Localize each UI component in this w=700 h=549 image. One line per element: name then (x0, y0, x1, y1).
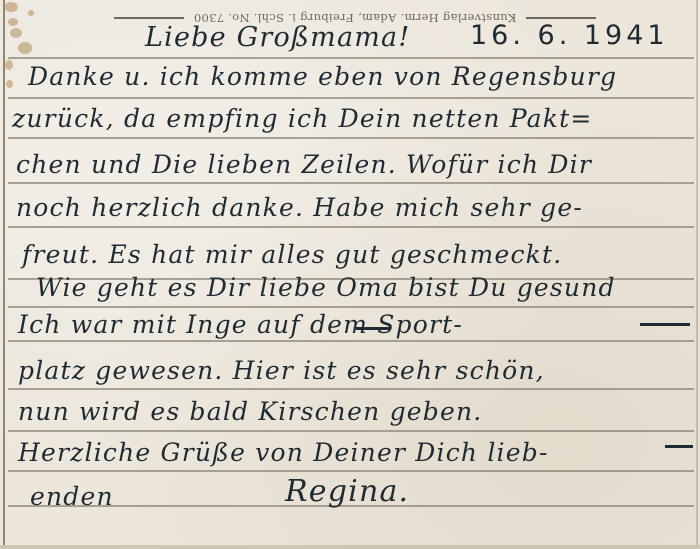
age-stain (10, 28, 22, 38)
letter-line: noch herzlich danke. Habe mich sehr ge- (16, 193, 583, 222)
card-left-edge (3, 0, 5, 549)
letter-line: Ich war mit Inge auf dem Sport- (18, 310, 463, 339)
ruling-line (8, 226, 694, 228)
ruling-line (8, 340, 694, 342)
letter-line: enden (30, 482, 114, 511)
strikethrough-mark (356, 327, 390, 330)
age-stain (28, 10, 34, 16)
letter-line: Danke u. ich komme eben von Regensburg (28, 62, 617, 91)
ruling-line (8, 137, 694, 139)
ruling-line (8, 182, 694, 184)
salutation: Liebe Großmama! (145, 22, 410, 53)
imprint-dash (526, 17, 596, 19)
imprint-dash (114, 17, 184, 19)
strikethrough-mark (640, 323, 690, 326)
letter-line: zurück, da empfing ich Dein netten Pakt= (12, 104, 593, 133)
ruling-line (8, 470, 694, 472)
signature: Regina. (285, 474, 409, 509)
ruling-line (8, 388, 694, 390)
card-right-edge (696, 0, 698, 549)
letter-line: Wie geht es Dir liebe Oma bist Du gesund (36, 273, 616, 302)
card-bottom-edge (0, 545, 700, 549)
age-stain (18, 42, 32, 54)
age-stain (4, 2, 18, 12)
age-stain (5, 60, 13, 70)
date: 16. 6. 1941 (470, 20, 669, 51)
letter-line: nun wird es bald Kirschen geben. (18, 397, 482, 426)
letter-line: chen und Die lieben Zeilen. Wofür ich Di… (16, 150, 592, 179)
ruling-line (8, 97, 694, 99)
letter-line: freut. Es hat mir alles gut geschmeckt. (22, 240, 562, 269)
ruling-line (8, 306, 694, 308)
age-stain (8, 18, 18, 26)
letter-line: Herzliche Grüße von Deiner Dich lieb- (18, 438, 549, 467)
ruling-line (8, 430, 694, 432)
age-stain (6, 80, 13, 88)
strikethrough-mark (665, 445, 693, 448)
letter-line: platz gewesen. Hier ist es sehr schön, (18, 356, 545, 385)
postcard: Kunstverlag Herm. Adam, Freiburg i. Schl… (0, 0, 700, 549)
ruling-line (8, 57, 694, 59)
